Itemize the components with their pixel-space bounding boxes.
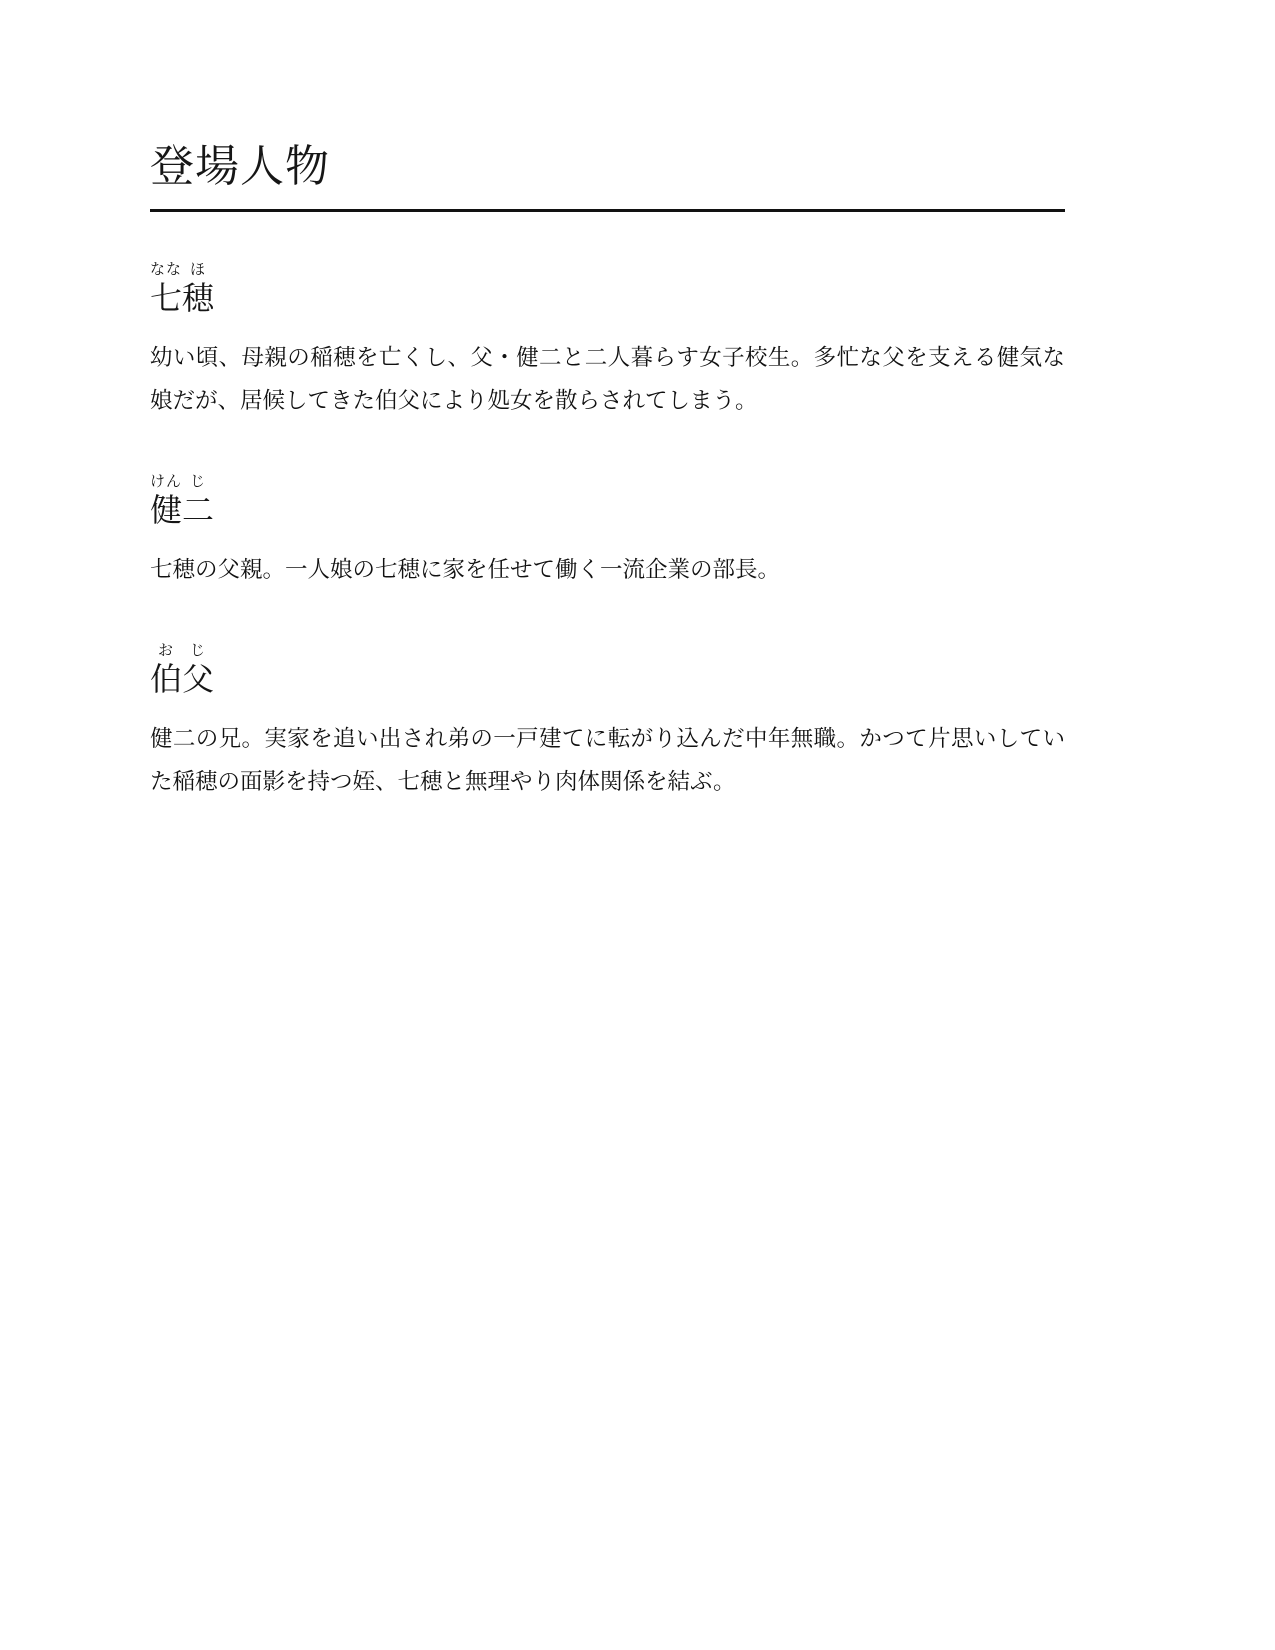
name-ruby-group: 七なな xyxy=(150,280,182,316)
name-furigana: なな xyxy=(150,261,182,278)
name-ruby-group: 穂ほ xyxy=(182,280,214,316)
name-kanji: 伯 xyxy=(150,661,182,697)
name-ruby-group: 父じ xyxy=(182,661,214,697)
character-description: 幼い頃、母親の稲穂を亡くし、父・健二と二人暮らす女子校生。多忙な父を支える健気な… xyxy=(150,336,1065,422)
name-kanji: 二 xyxy=(182,492,214,528)
character-entry: 健けん二じ 七穂の父親。一人娘の七穂に家を任せて働く一流企業の部長。 xyxy=(150,473,1065,591)
name-furigana: けん xyxy=(150,473,182,490)
character-entry: 七なな穂ほ 幼い頃、母親の稲穂を亡くし、父・健二と二人暮らす女子校生。多忙な父を… xyxy=(150,261,1065,422)
name-kanji: 父 xyxy=(182,661,214,697)
page-title: 登場人物 xyxy=(150,138,1065,195)
name-ruby-group: 伯お xyxy=(150,661,182,697)
name-kanji: 七 xyxy=(150,280,182,316)
name-ruby-group: 健けん xyxy=(150,492,182,528)
name-furigana: じ xyxy=(182,473,214,490)
character-description: 健二の兄。実家を追い出され弟の一戸建てに転がり込んだ中年無職。かつて片思いしてい… xyxy=(150,717,1065,803)
title-divider xyxy=(150,209,1065,212)
name-furigana: お xyxy=(150,642,182,659)
document-page: 登場人物 七なな穂ほ 幼い頃、母親の稲穂を亡くし、父・健二と二人暮らす女子校生。… xyxy=(0,0,1275,1650)
character-description: 七穂の父親。一人娘の七穂に家を任せて働く一流企業の部長。 xyxy=(150,548,1065,591)
name-kanji: 穂 xyxy=(182,280,214,316)
name-kanji: 健 xyxy=(150,492,182,528)
character-name: 健けん二じ xyxy=(150,473,1065,529)
name-furigana: じ xyxy=(182,642,214,659)
character-name: 七なな穂ほ xyxy=(150,261,1065,317)
character-name: 伯お父じ xyxy=(150,642,1065,698)
name-ruby-group: 二じ xyxy=(182,492,214,528)
character-entry: 伯お父じ 健二の兄。実家を追い出され弟の一戸建てに転がり込んだ中年無職。かつて片… xyxy=(150,642,1065,803)
name-furigana: ほ xyxy=(182,261,214,278)
